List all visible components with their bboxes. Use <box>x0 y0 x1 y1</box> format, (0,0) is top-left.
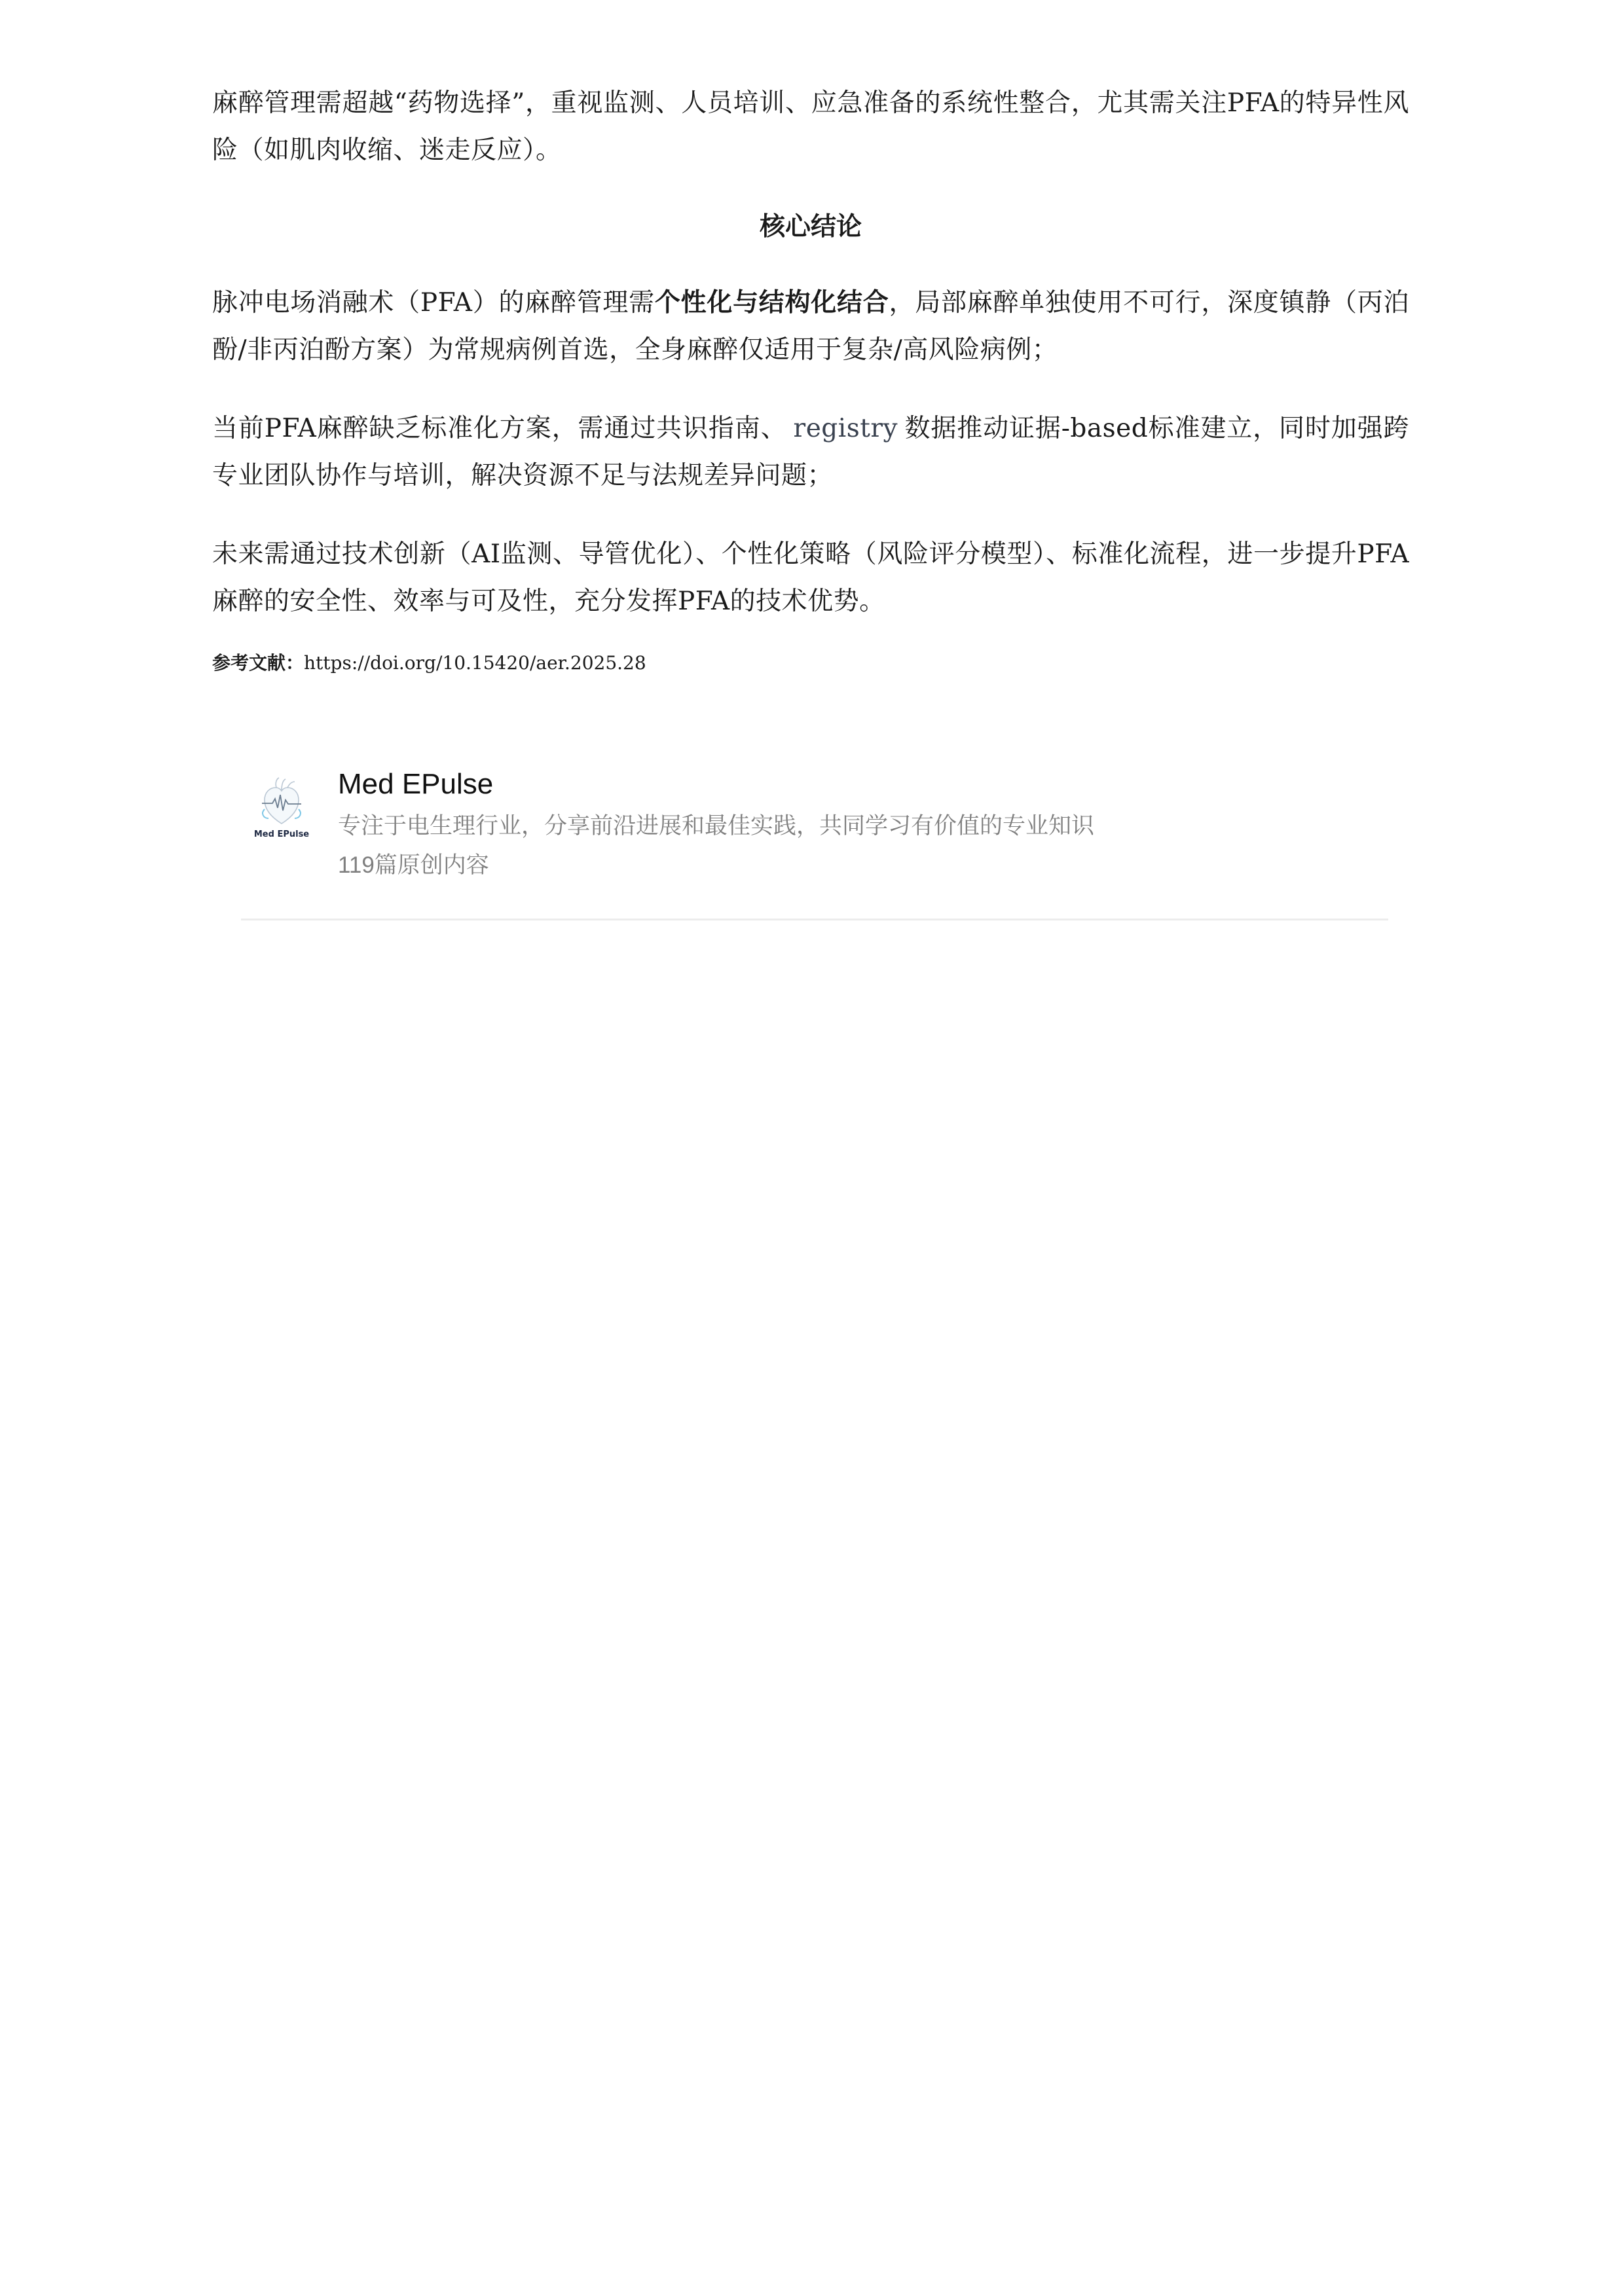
heart-pulse-logo-icon: Med EPulse <box>242 766 321 845</box>
reference-link[interactable]: https://doi.org/10.15420/aer.2025.28 <box>304 652 646 674</box>
conclusion-paragraph-2: 当前PFA麻醉缺乏标准化方案，需通过共识指南、registry数据推动证据-ba… <box>212 405 1409 500</box>
conclusion-1-emphasis: 个性化与结构化结合 <box>655 287 889 318</box>
conclusion-1-text-start: 脉冲电场消融术（PFA）的麻醉管理需 <box>212 288 655 318</box>
account-profile-card[interactable]: Med EPulse Med EPulse 专注于电生理行业，分享前沿进展和最佳… <box>241 759 1388 920</box>
conclusion-2-text-start: 当前PFA麻醉缺乏标准化方案，需通过共识指南、 <box>212 414 787 443</box>
conclusion-paragraph-3: 未来需通过技术创新（AI监测、导管优化）、个性化策略（风险评分模型）、标准化流程… <box>212 531 1409 625</box>
account-description: 专注于电生理行业，分享前沿进展和最佳实践，共同学习有价值的专业知识 <box>338 807 1094 846</box>
reference-label: 参考文献： <box>212 652 304 674</box>
article-body: 麻醉管理需超越“药物选择”，重视监测、人员培训、应急准备的系统性整合，尤其需关注… <box>212 80 1409 676</box>
reference-line: 参考文献：https://doi.org/10.15420/aer.2025.2… <box>212 650 1409 676</box>
intro-paragraph: 麻醉管理需超越“药物选择”，重视监测、人员培训、应急准备的系统性整合，尤其需关注… <box>212 80 1409 174</box>
account-info: Med EPulse 专注于电生理行业，分享前沿进展和最佳实践，共同学习有价值的… <box>338 766 1094 885</box>
conclusion-paragraph-1: 脉冲电场消融术（PFA）的麻醉管理需个性化与结构化结合，局部麻醉单独使用不可行，… <box>212 279 1409 374</box>
section-heading: 核心结论 <box>212 203 1409 250</box>
account-name[interactable]: Med EPulse <box>338 766 1094 803</box>
registry-term: registry <box>787 414 905 443</box>
account-logo[interactable]: Med EPulse <box>242 766 321 845</box>
svg-text:Med EPulse: Med EPulse <box>254 829 309 839</box>
original-article-count: 119篇原创内容 <box>338 846 1094 885</box>
